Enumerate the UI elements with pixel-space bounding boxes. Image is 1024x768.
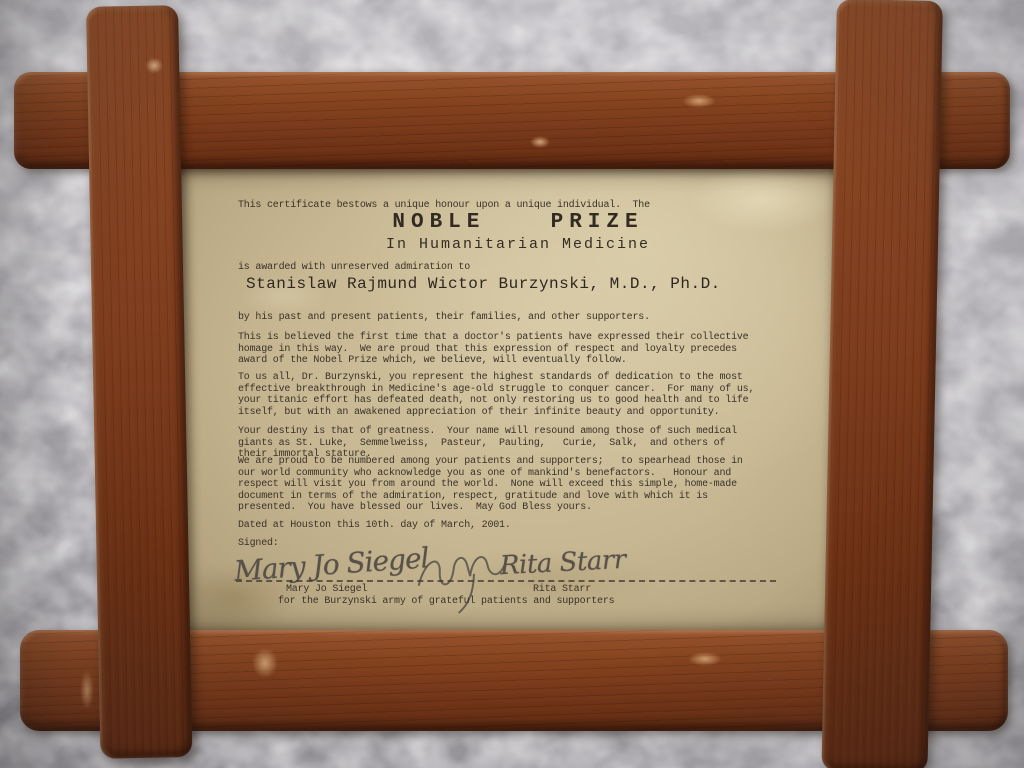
signature-script-rita-starr: Rita Starr — [499, 545, 626, 582]
dated-line: Dated at Houston this 10th. day of March… — [238, 520, 818, 532]
prize-subtitle: In Humanitarian Medicine — [238, 236, 798, 253]
signature-rule — [236, 580, 776, 582]
wood-scuff — [688, 652, 722, 666]
signer-name-mary-jo-siegel: Mary Jo Siegel — [286, 584, 367, 596]
paragraph-collective-homage: This is believed the first time that a d… — [238, 332, 803, 367]
frame-post-right — [821, 0, 942, 768]
photo-canvas: This certificate bestows a unique honour… — [0, 0, 1024, 768]
wood-scuff — [530, 136, 550, 148]
wood-scuff — [80, 670, 94, 710]
recipient-name: Stanislaw Rajmund Wictor Burzynski, M.D.… — [246, 275, 826, 293]
wood-scuff — [682, 94, 716, 108]
wood-scuff — [252, 648, 278, 678]
on-behalf-line: for the Burzynski army of grateful patie… — [278, 596, 818, 608]
frame-post-left — [86, 5, 192, 759]
award-line: is awarded with unreserved admiration to — [238, 262, 818, 274]
signer-name-rita-starr: Rita Starr — [533, 584, 591, 596]
paragraph-proud: We are proud to be numbered among your p… — [238, 456, 803, 514]
prize-title: NOBLE PRIZE — [238, 211, 798, 234]
paragraph-dedication: To us all, Dr. Burzynski, you represent … — [238, 372, 803, 418]
certificate-paper: This certificate bestows a unique honour… — [168, 156, 848, 640]
by-line: by his past and present patients, their … — [238, 312, 818, 324]
wood-scuff — [145, 57, 163, 73]
intro-line: This certificate bestows a unique honour… — [238, 200, 818, 212]
